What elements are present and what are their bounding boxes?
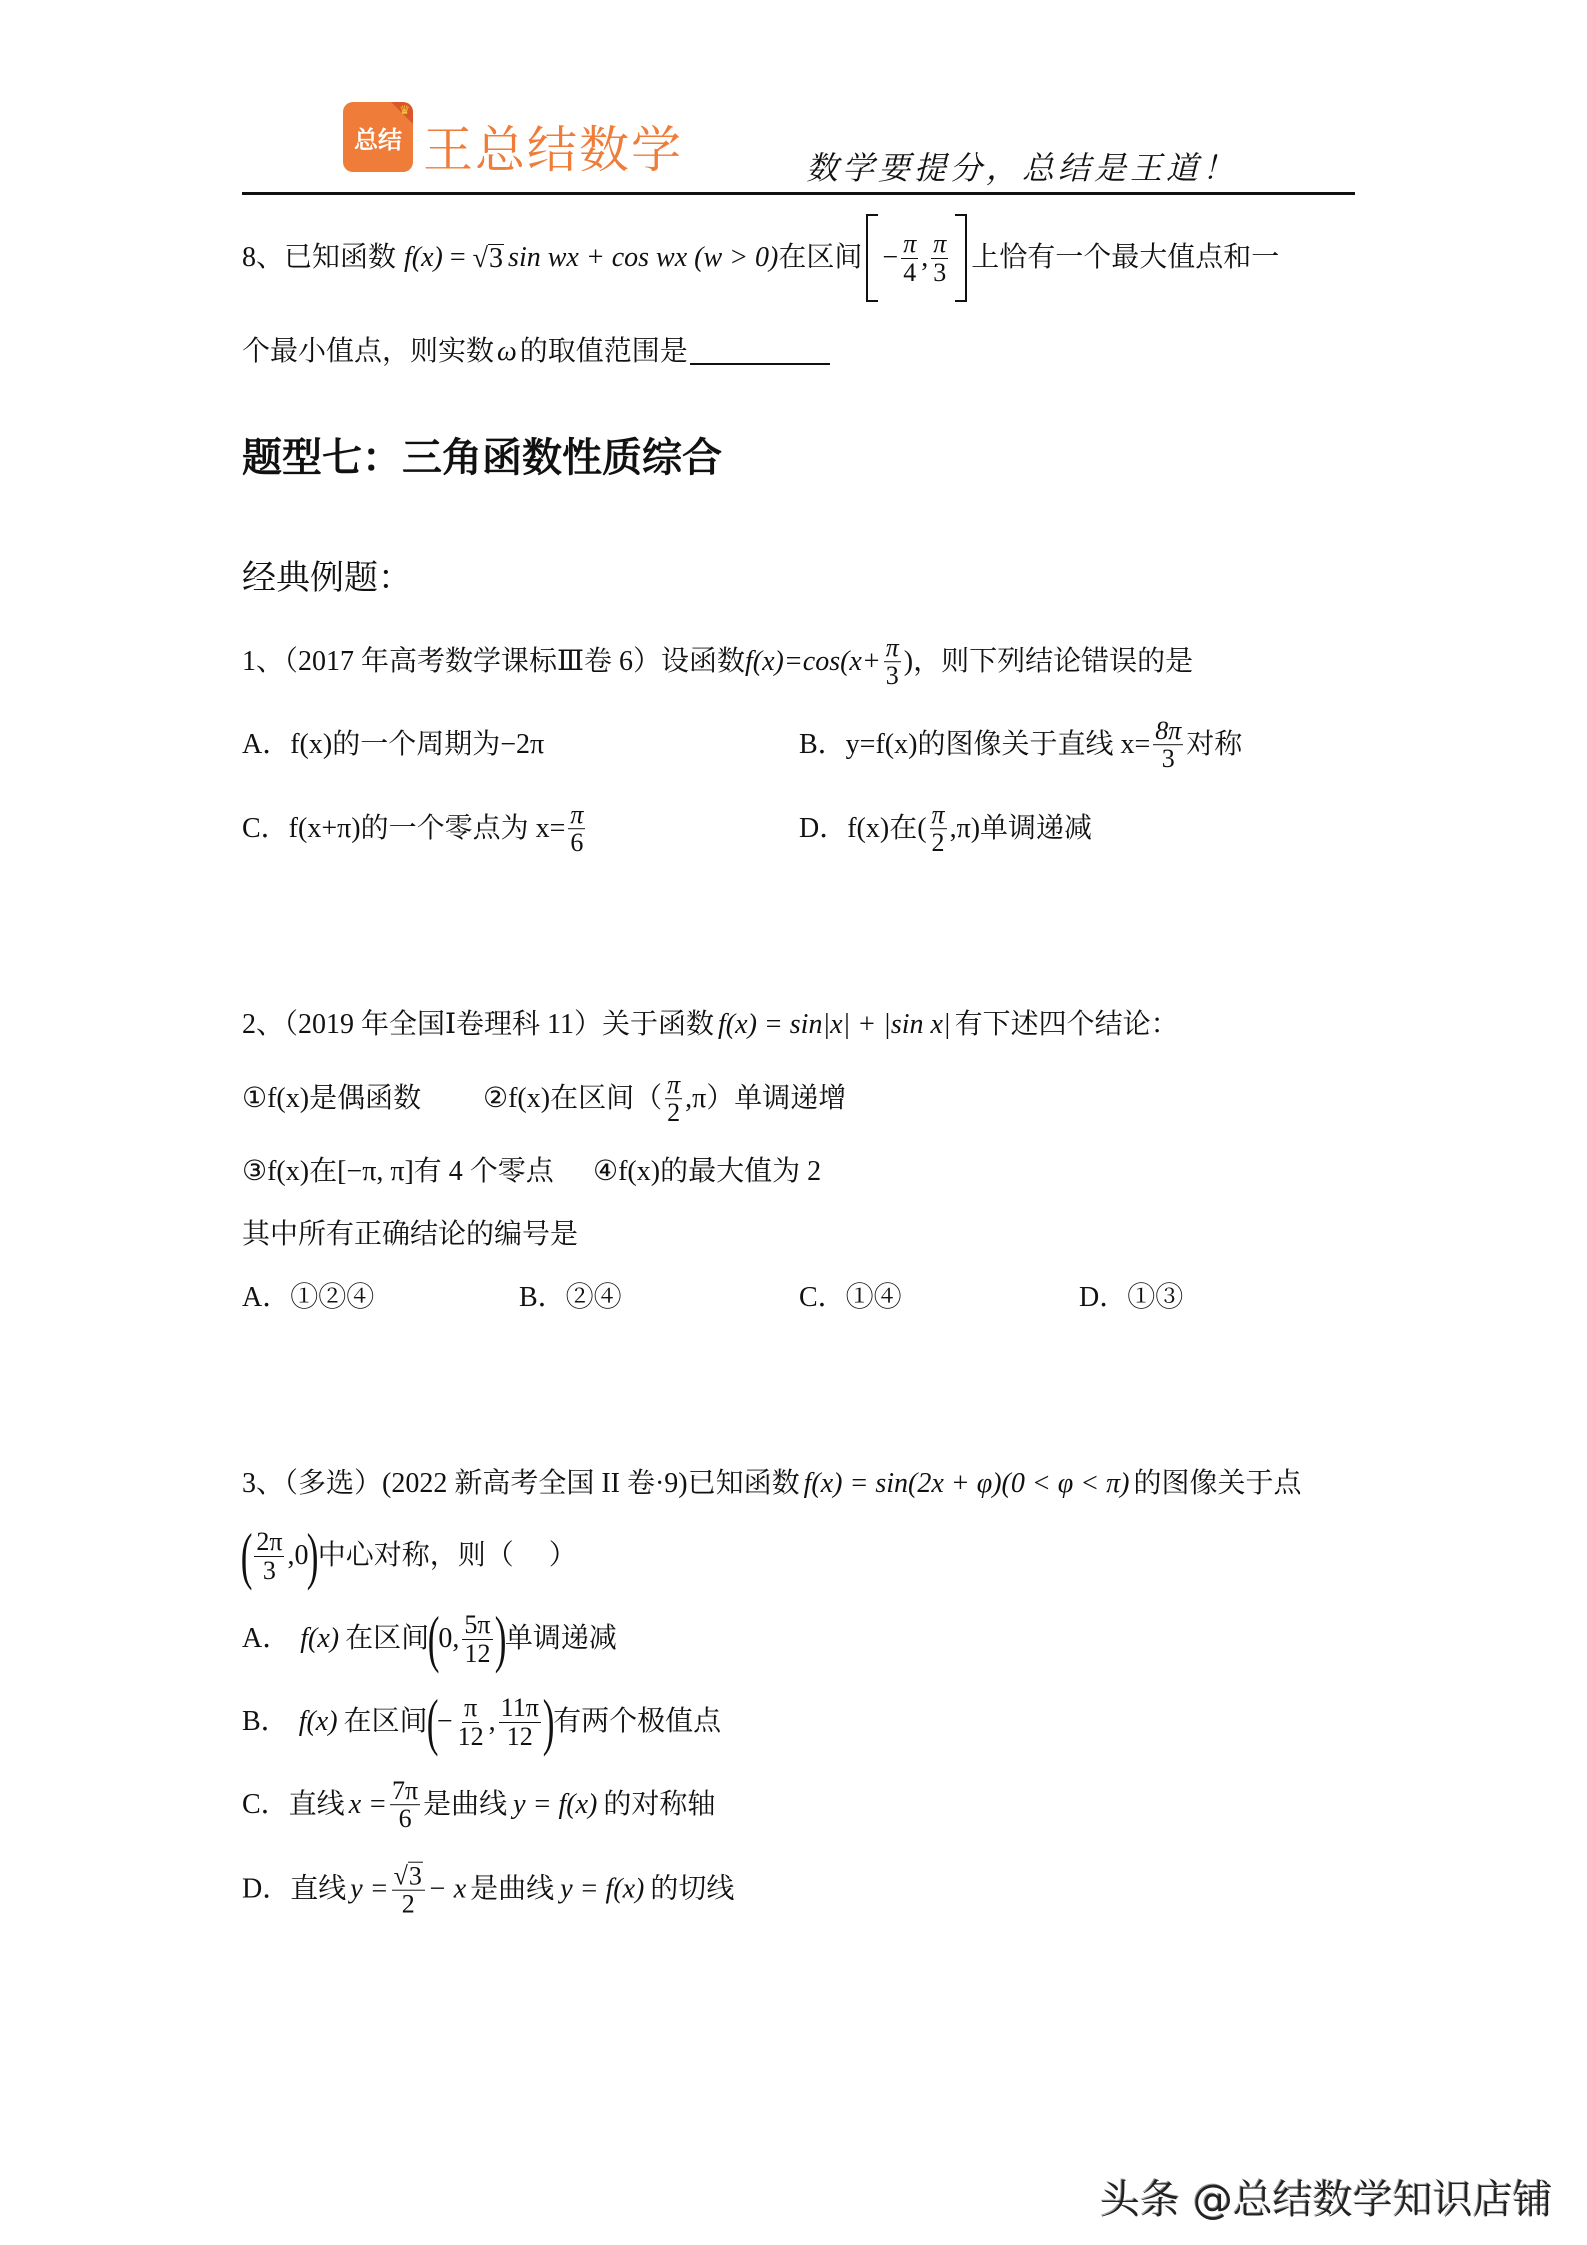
answer-blank[interactable] xyxy=(690,339,830,365)
numerator: 8π xyxy=(1153,717,1183,745)
fraction: π6 xyxy=(568,801,585,857)
x-equals: x = xyxy=(349,1791,387,1819)
q2-stem-a: 2、（2019 年全国Ⅰ卷理科 11）关于函数 xyxy=(242,1011,714,1039)
fraction: π2 xyxy=(930,801,947,857)
option-label: D．直线 xyxy=(242,1876,346,1904)
q1-option-d: D．f(x)在( π2 ,π)单调递减 xyxy=(799,801,1092,857)
numerator: 5π xyxy=(462,1611,492,1639)
right-bracket xyxy=(955,214,967,302)
header-divider xyxy=(242,192,1355,195)
q8-prefix: 8、已知函数 xyxy=(242,244,396,272)
sqrt-symbol: √3 xyxy=(473,244,504,273)
fraction: 8π3 xyxy=(1153,717,1183,773)
section-title: 题型七：三角函数性质综合 xyxy=(242,438,722,478)
q2-c2-suffix: ,π）单调递增 xyxy=(685,1085,846,1113)
q8-fx: f(x) xyxy=(404,244,443,272)
q2-conclusion-2: ②f(x)在区间（ π2 ,π）单调递增 xyxy=(483,1071,846,1127)
q2-option-a: A．①②④ xyxy=(242,1284,374,1312)
option-label: B． xyxy=(242,1708,289,1736)
q2-conclusion-3: ③f(x)在[−π, π]有 4 个零点 xyxy=(242,1158,554,1186)
right-paren: ) xyxy=(307,1524,319,1588)
numerator: 7π xyxy=(390,1777,420,1805)
q3-option-d: D．直线 y = √32 − x 是曲线 y = f(x) 的切线 xyxy=(242,1862,734,1919)
fraction: π3 xyxy=(931,230,948,286)
q3-option-b: B． f(x) 在区间 ( − π12, 11π12 ) 有两个极值点 xyxy=(242,1690,721,1754)
interval-label: 在区间 xyxy=(344,1708,428,1736)
denominator: 3 xyxy=(884,663,901,690)
q2-conclusion-4: ④f(x)的最大值为 2 xyxy=(593,1158,821,1186)
point-y: ,0 xyxy=(287,1542,308,1570)
y-equals-fx: y = f(x) xyxy=(560,1876,644,1904)
fraction: 5π12 xyxy=(462,1611,492,1667)
option-text: 有两个极值点 xyxy=(553,1708,721,1736)
q3-stem-a: 3、（多选）(2022 新高考全国 II 卷·9)已知函数 xyxy=(242,1470,800,1498)
option-label: A． xyxy=(242,1625,290,1653)
q8-eq: = xyxy=(443,244,473,272)
option-label: C．直线 xyxy=(242,1791,345,1819)
q8-line1: 8、已知函数 f(x) = √3 sin wx + cos wx (w > 0)… xyxy=(242,214,1279,302)
denominator: 12 xyxy=(462,1640,492,1667)
fraction: 2π3 xyxy=(254,1528,284,1584)
numerator: √3 xyxy=(392,1862,425,1891)
logo-icon-text: 总结 xyxy=(354,120,402,155)
q2-stem-b: 有下述四个结论： xyxy=(955,1011,1179,1039)
neg-sign: − xyxy=(437,1708,453,1736)
minus-x: − x xyxy=(428,1876,466,1904)
fraction: π4 xyxy=(901,230,918,286)
q3-option-c: C．直线 x = 7π6 是曲线 y = f(x) 的对称轴 xyxy=(242,1777,715,1833)
q1-option-a: A．f(x)的一个周期为−2π xyxy=(242,731,544,759)
q8-radicand: 3 xyxy=(488,244,504,273)
left-bracket xyxy=(866,214,878,302)
fraction: π3 xyxy=(884,634,901,690)
denominator: 3 xyxy=(931,259,948,286)
q3-function: f(x) = sin(2x + φ)(0 < φ < π) xyxy=(804,1470,1130,1498)
y-equals: y = xyxy=(350,1876,388,1904)
q1-option-c: C．f(x+π)的一个零点为 x= π6 xyxy=(242,801,588,857)
q1-fx: f(x)=cos(x+ xyxy=(745,648,881,676)
q1-stem: 1、（2017 年高考数学课标Ⅲ卷 6）设函数 f(x)=cos(x+ π3 )… xyxy=(242,634,1193,690)
fraction: 7π6 xyxy=(390,1777,420,1833)
q3-stem-line2: ( 2π3 ,0 ) 中心对称，则（ ） xyxy=(242,1524,577,1588)
denominator: 12 xyxy=(505,1723,535,1750)
numerator: 11π xyxy=(499,1694,541,1722)
brand-name: 王总结数学 xyxy=(423,110,683,182)
q2-function: f(x) = sin|x| + |sin x| xyxy=(718,1011,951,1039)
q8-interval-label: 在区间 xyxy=(778,244,862,272)
numerator: π xyxy=(930,801,947,829)
option-text-suffix: 的对称轴 xyxy=(603,1791,715,1819)
numerator: π xyxy=(901,230,918,258)
q3-stem: 3、（多选）(2022 新高考全国 II 卷·9)已知函数 f(x) = sin… xyxy=(242,1470,1301,1498)
denominator: 12 xyxy=(456,1723,486,1750)
denominator: 6 xyxy=(397,1806,414,1833)
y-equals-fx: y = f(x) xyxy=(513,1791,597,1819)
fraction: √32 xyxy=(392,1862,425,1919)
q1-option-d-suffix: ,π)单调递减 xyxy=(950,815,1092,843)
denominator: 3 xyxy=(1160,746,1177,773)
fraction: π12 xyxy=(456,1694,486,1750)
q8-expression: sin wx + cos wx (w > 0) xyxy=(508,244,778,272)
option-text: 单调递减 xyxy=(505,1625,617,1653)
q1-stem-b: )，则下列结论错误的是 xyxy=(904,648,1193,676)
fraction: π2 xyxy=(665,1071,682,1127)
denominator: 2 xyxy=(400,1891,417,1918)
denominator: 2 xyxy=(665,1100,682,1127)
numerator: π xyxy=(665,1071,682,1099)
watermark: 头条 @总结数学知识店铺 xyxy=(1100,2168,1553,2225)
q2-conclusion-1: ①f(x)是偶函数 xyxy=(242,1085,421,1113)
q3-option-a: A． f(x) 在区间 ( 0, 5π12 ) 单调递减 xyxy=(242,1607,617,1671)
q2-prompt: 其中所有正确结论的编号是 xyxy=(242,1221,578,1249)
numerator: π xyxy=(884,634,901,662)
q1-option-c-text: C．f(x+π)的一个零点为 x= xyxy=(242,815,565,843)
option-text: 是曲线 xyxy=(470,1876,554,1904)
numerator: π xyxy=(931,230,948,258)
q1-option-b-suffix: 对称 xyxy=(1186,731,1242,759)
fraction: 11π12 xyxy=(499,1694,541,1750)
omega-symbol: ω xyxy=(497,338,517,366)
denominator: 2 xyxy=(930,830,947,857)
numerator: 2π xyxy=(254,1528,284,1556)
q2-option-c: C．①④ xyxy=(799,1284,902,1312)
left-paren: ( xyxy=(428,1607,440,1671)
denominator: 4 xyxy=(901,259,918,286)
right-paren: ) xyxy=(494,1607,506,1671)
slogan: 数学要提分，总结是王道！ xyxy=(806,143,1238,189)
option-text: 是曲线 xyxy=(423,1791,507,1819)
q2-option-b: B．②④ xyxy=(519,1284,622,1312)
q8-line2: 个最小值点，则实数 ω 的取值范围是 xyxy=(242,338,830,366)
option-text-suffix: 的切线 xyxy=(650,1876,734,1904)
fx: f(x) xyxy=(299,1708,338,1736)
fx: f(x) xyxy=(300,1625,339,1653)
right-paren: ) xyxy=(543,1690,555,1754)
denominator: 6 xyxy=(568,830,585,857)
radicand: 3 xyxy=(408,1862,423,1890)
numerator: π xyxy=(462,1694,479,1722)
logo-icon: ♛ 总结 xyxy=(343,102,413,172)
q8-neg: − xyxy=(882,244,898,272)
q3-line2-text: 中心对称，则（ ） xyxy=(318,1542,577,1570)
sqrt-symbol: √3 xyxy=(394,1862,423,1890)
q1-stem-a: 1、（2017 年高考数学课标Ⅲ卷 6）设函数 xyxy=(242,648,745,676)
q1-option-b: B．y=f(x)的图像关于直线 x= 8π3 对称 xyxy=(799,717,1242,773)
left-paren: ( xyxy=(241,1524,253,1588)
q1-option-d-text: D．f(x)在( xyxy=(799,815,927,843)
q2-option-d: D．①③ xyxy=(1079,1284,1183,1312)
interval-label: 在区间 xyxy=(345,1625,429,1653)
crown-icon: ♛ xyxy=(399,103,410,117)
q8-suffix: 上恰有一个最大值点和一 xyxy=(971,244,1279,272)
q3-stem-b: 的图像关于点 xyxy=(1133,1470,1301,1498)
interval-start: 0, xyxy=(438,1625,459,1653)
q1-option-b-text: B．y=f(x)的图像关于直线 x= xyxy=(799,731,1150,759)
q2-stem: 2、（2019 年全国Ⅰ卷理科 11）关于函数 f(x) = sin|x| + … xyxy=(242,1011,1179,1039)
left-paren: ( xyxy=(426,1690,438,1754)
q2-c2-text: ②f(x)在区间（ xyxy=(483,1085,662,1113)
section-subtitle: 经典例题： xyxy=(242,561,412,595)
q8-line2-a: 个最小值点，则实数 xyxy=(242,338,494,366)
denominator: 3 xyxy=(261,1557,278,1584)
q8-line2-b: 的取值范围是 xyxy=(520,338,688,366)
numerator: π xyxy=(568,801,585,829)
